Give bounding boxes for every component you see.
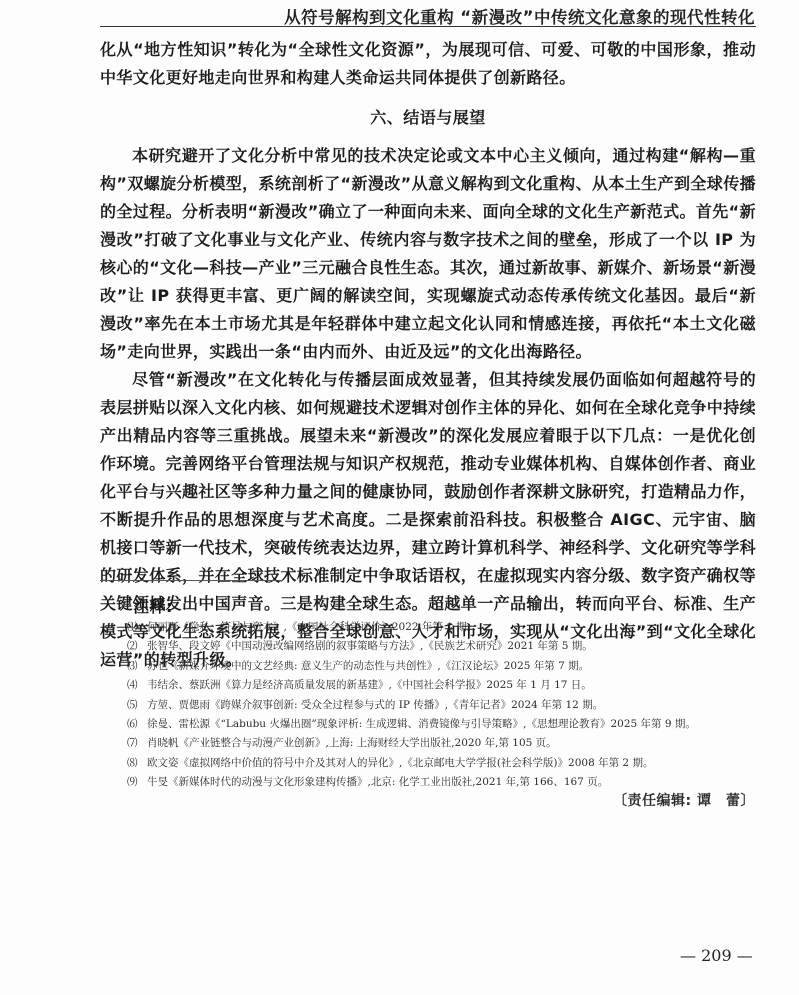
footnote-text: 韦结余、蔡跃洲《算力是经济高质量发展的新基建》,《中国社会科学报》2025 年 … bbox=[147, 679, 592, 691]
footnote-text: 徐曼、雷松源《“Labubu 火爆出圈”现象评析: 生成逻辑、消费镜像与引导策略… bbox=[147, 718, 696, 730]
footnote-text: 牛旻《新媒体时代的动漫与文化形象建构传播》,北京: 化学工业出版社,2021 年… bbox=[147, 776, 608, 788]
footnote-item: ⑺肖晓帆《产业链整合与动漫产业创新》,上海: 上海财经大学出版社,2020 年,… bbox=[127, 734, 767, 753]
footnote-number: ⑴ bbox=[127, 618, 147, 637]
footnote-item: ⑻欧文姿《虚拟网络中价值的符号中介及其对人的异化》,《北京邮电大学学报(社会科学… bbox=[127, 754, 767, 773]
footnote-number: ⑷ bbox=[127, 676, 147, 695]
footnote-item: ⑹徐曼、雷松源《“Labubu 火爆出圈”现象评析: 生成逻辑、消费镜像与引导策… bbox=[127, 715, 767, 734]
notes-title: 注释: bbox=[133, 594, 173, 617]
footnote-item: ⑶苏也《新媒介环境中的文艺经典: 意义生产的动态性与共创性》,《江汉论坛》202… bbox=[127, 657, 767, 676]
footnote-item: ⑸方堃、贾偲雨《跨媒介叙事创新: 受众全过程参与式的 IP 传播》,《青年记者》… bbox=[127, 696, 767, 715]
section-heading: 六、结语与展望 bbox=[100, 104, 756, 132]
footnote-text: 方堃、贾偲雨《跨媒介叙事创新: 受众全过程参与式的 IP 传播》,《青年记者》2… bbox=[147, 699, 603, 711]
footnote-number: ⑻ bbox=[127, 754, 147, 773]
header-rule bbox=[100, 26, 756, 27]
footnote-number: ⑵ bbox=[127, 637, 147, 656]
article-body: 化从“地方性知识”转化为“全球性文化资源”，为展现可信、可爱、可敬的中国形象，推… bbox=[100, 36, 756, 674]
footnote-text: 苏也《新媒介环境中的文艺经典: 意义生产的动态性与共创性》,《江汉论坛》2025… bbox=[147, 660, 589, 672]
editor-credit: 〔责任编辑: 谭 蕾〕 bbox=[613, 790, 755, 810]
footnote-number: ⑶ bbox=[127, 657, 147, 676]
footnote-number: ⑺ bbox=[127, 734, 147, 753]
body-paragraph: 本研究避开了文化分析中常见的技术决定论或文本中心主义倾向，通过构建“解构—重构”… bbox=[100, 142, 756, 366]
page-number: — 209 — bbox=[680, 946, 753, 965]
footnote-item: ⑵张智华、段文婷《中国动漫改编网络剧的叙事策略与方法》,《民族艺术研究》2021… bbox=[127, 637, 767, 656]
footnote-text: 欧文姿《虚拟网络中价值的符号中介及其对人的异化》,《北京邮电大学学报(社会科学版… bbox=[147, 757, 653, 769]
footnote-divider bbox=[100, 580, 283, 581]
notes-list: ⑴何丽野《隐私、符号与资本》,《中国社会科学评价》2022 年第 1 期。 ⑵张… bbox=[127, 618, 767, 793]
continuation-paragraph: 化从“地方性知识”转化为“全球性文化资源”，为展现可信、可爱、可敬的中国形象，推… bbox=[100, 36, 756, 92]
running-header-title: 从符号解构到文化重构 “新漫改”中传统文化意象的现代性转化 bbox=[100, 4, 755, 26]
footnote-text: 张智华、段文婷《中国动漫改编网络剧的叙事策略与方法》,《民族艺术研究》2021 … bbox=[147, 640, 593, 652]
footnote-item: ⑷韦结余、蔡跃洲《算力是经济高质量发展的新基建》,《中国社会科学报》2025 年… bbox=[127, 676, 767, 695]
footnote-number: ⑸ bbox=[127, 696, 147, 715]
footnote-number: ⑹ bbox=[127, 715, 147, 734]
footnote-item: ⑴何丽野《隐私、符号与资本》,《中国社会科学评价》2022 年第 1 期。 bbox=[127, 618, 767, 637]
footnote-text: 何丽野《隐私、符号与资本》,《中国社会科学评价》2022 年第 1 期。 bbox=[147, 621, 477, 633]
footnote-text: 肖晓帆《产业链整合与动漫产业创新》,上海: 上海财经大学出版社,2020 年,第… bbox=[147, 737, 557, 749]
footnote-number: ⑼ bbox=[127, 773, 147, 792]
